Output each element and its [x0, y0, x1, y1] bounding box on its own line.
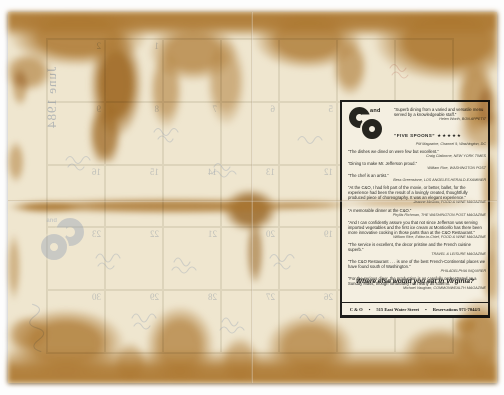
ad-tagline: Where else would you eat in Virginia? — [342, 278, 488, 285]
footer-bullet: • — [369, 307, 371, 312]
ghost-calendar-cell — [163, 39, 221, 102]
ghost-calendar-cell: 21 — [163, 227, 221, 290]
review-quote: “The dishes we dined on were few but exc… — [348, 149, 486, 159]
quote-attribution: William Rice, Editor-in-Chief, FOOD & WI… — [348, 235, 486, 240]
quote-text: “The C&O Restaurant . . . is one of the … — [348, 259, 486, 269]
ghost-calendar-cell: 28 — [163, 290, 221, 353]
quote-attribution: PHILADELPHIA INQUIRER — [348, 269, 486, 274]
ghost-calendar-cell: 5 — [279, 102, 337, 165]
quote-text: “And I can confidently assure you that n… — [348, 220, 486, 235]
ghost-calendar-cell: 29 — [105, 290, 163, 353]
ghost-calendar-cell: 15 — [105, 165, 163, 228]
quotes-list: “Superb dining from a varied and versati… — [348, 107, 486, 291]
quote-text: “The service is excellent, the decor pri… — [348, 242, 486, 252]
ghost-logo-and-text: and — [46, 218, 57, 224]
rating-label: “FIVE SPOONS” — [394, 133, 435, 138]
ghost-calendar-cell: 13 — [221, 165, 279, 228]
restaurant-name: C & O — [350, 307, 363, 312]
ad-footer: C & O • 515 East Water Street • Reservat… — [342, 302, 488, 315]
ad-content: and “Superb dining from a varied and ver… — [342, 102, 488, 302]
ghost-logo-o-ring — [41, 234, 67, 260]
ghost-calendar-cell — [279, 39, 337, 102]
ghost-calendar-cell — [337, 39, 395, 102]
ghost-calendar-cell — [221, 39, 279, 102]
review-quote: “Superb dining from a varied and versati… — [394, 107, 486, 122]
ghost-logo: and — [28, 218, 84, 274]
review-quote: “The service is excellent, the decor pri… — [348, 242, 486, 257]
water-stain-left-edge — [8, 12, 38, 383]
quote-attribution: Craig Claiborne, NEW YORK TIMES — [348, 154, 486, 159]
footer-bullet: • — [425, 307, 427, 312]
quote-attribution: Jeanne McGow, FOOD & WINE MAGAZINE — [348, 200, 486, 205]
rating-row: “FIVE SPOONS” ★★★★★PM Magazine, Channel … — [394, 124, 486, 147]
quote-attribution: Helen Worth, BON APPETIT — [394, 117, 486, 122]
quote-attribution: Michael Vaughan, COMMONWEALTH MAGAZINE — [348, 286, 486, 291]
rating-attribution: PM Magazine, Channel 9, Washington, DC — [394, 142, 486, 147]
rating-stars: ★★★★★ — [435, 133, 462, 138]
restaurant-ad-box: and “Superb dining from a varied and ver… — [340, 100, 490, 318]
quote-attribution: Phyllis Richman, THE WASHINGTON POST MAG… — [348, 213, 486, 218]
ghost-calendar-cell: 14 — [163, 165, 221, 228]
ghost-calendar-cell: 7 — [163, 102, 221, 165]
review-quote: “The chef is an artist.”Bess Greenstone,… — [348, 173, 486, 183]
quote-attribution: TRAVEL & LEISURE MAGAZINE — [348, 252, 486, 257]
review-quote: “Dining to make Mr. Jefferson proud.”Wil… — [348, 161, 486, 171]
quote-attribution: William Rice, WASHINGTON POST — [348, 166, 486, 171]
ghost-calendar-cell: 12 — [279, 165, 337, 228]
quote-attribution: Bess Greenstone, LOS ANGELES HERALD-EXAM… — [348, 178, 486, 183]
ghost-calendar-cell — [395, 39, 453, 102]
ghost-calendar-cell: 8 — [105, 102, 163, 165]
ghost-calendar-cell: 30 — [47, 290, 105, 353]
quote-text: “Superb dining from a varied and versati… — [394, 107, 486, 117]
review-quote: “A memorable dinner at the C&O.”Phyllis … — [348, 208, 486, 218]
ghost-calendar-cell: 20 — [221, 227, 279, 290]
restaurant-address: 515 East Water Street — [376, 307, 419, 312]
restaurant-reservations: Reservations 971-7044/5 — [433, 307, 481, 312]
ghost-calendar-cell: 27 — [221, 290, 279, 353]
ghost-calendar-cell: 6 — [221, 102, 279, 165]
ghost-calendar-cell: 22 — [105, 227, 163, 290]
review-quote: “At the C&O, I had felt part of the movi… — [348, 185, 486, 205]
review-quote: “The C&O Restaurant . . . is one of the … — [348, 259, 486, 274]
ghost-calendar-cell: 19 — [279, 227, 337, 290]
ghost-month-title: June 1984 — [44, 48, 60, 148]
scanned-paper-sheet: 1234567891011121314151617181920212223242… — [8, 12, 497, 383]
ghost-calendar-cell: 26 — [279, 290, 337, 353]
review-quote: “And I can confidently assure you that n… — [348, 220, 486, 240]
quote-text: “At the C&O, I had felt part of the movi… — [348, 185, 486, 200]
ghost-calendar-cell: 1 — [105, 39, 163, 102]
